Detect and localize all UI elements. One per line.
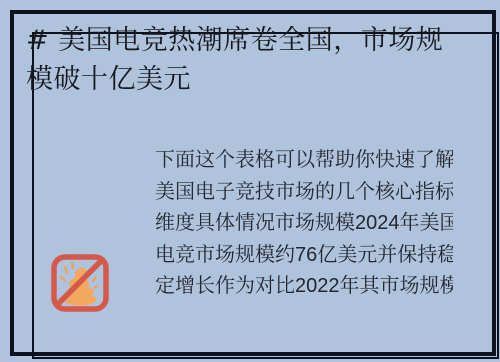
body-line: 定增长作为对比2022年其市场规模 (155, 271, 453, 303)
article-card-page: # 美国电竞热潮席卷全国，市场规模破十亿美元 下面这个表格可以帮助你快速了解 美… (0, 0, 500, 362)
article-title: # 美国电竞热潮席卷全国，市场规模破十亿美元 (26, 21, 470, 99)
body-line: 维度具体情况市场规模2024年美国 (155, 208, 453, 240)
body-line: 下面这个表格可以帮助你快速了解 (155, 145, 453, 177)
article-body: 下面这个表格可以帮助你快速了解 美国电子竞技市场的几个核心指标 维度具体情况市场… (155, 145, 453, 303)
body-line: 美国电子竞技市场的几个核心指标 (155, 177, 453, 209)
body-line: 电竞市场规模约76亿美元并保持稳 (155, 240, 453, 272)
no-poop-blocked-image-icon (51, 254, 109, 312)
blocked-image-svg (51, 254, 109, 312)
